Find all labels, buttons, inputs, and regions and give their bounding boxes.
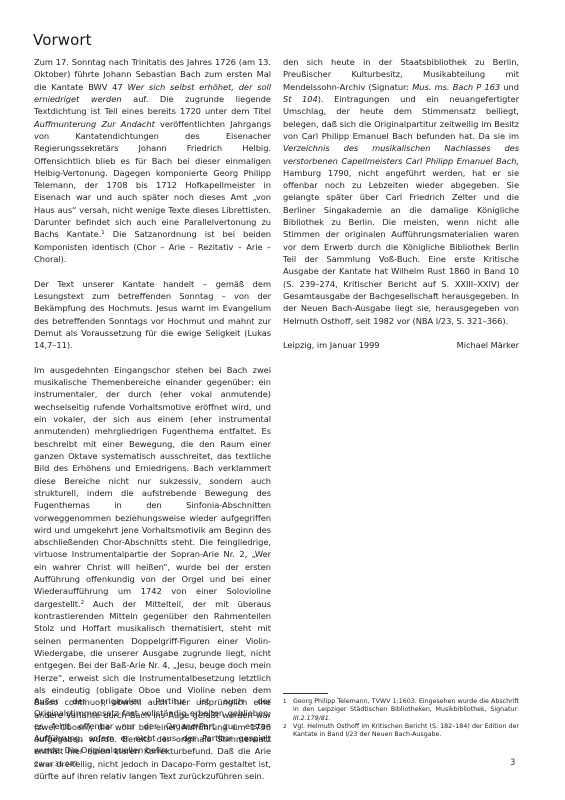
- footnote-1: 1 Georg Philipp Telemann, TVWV 1:1603. E…: [283, 698, 519, 723]
- paragraph-text-theme: Der Text unserer Kantate handelt – gemäß…: [34, 278, 271, 352]
- paragraph-sources: Außer der originalen Partitur ist auch d…: [34, 695, 271, 757]
- signature-line: Leipzig, im Januar 1999 Michael Märker: [283, 339, 519, 351]
- footnote-2: 2 Vgl. Helmuth Osthoff im Kritischen Ber…: [283, 723, 519, 740]
- place-date: Leipzig, im Januar 1999: [283, 339, 380, 351]
- footnote-number: 1: [283, 698, 293, 723]
- paragraph-sources-continued: den sich heute in der Staatsbibliothek z…: [283, 56, 519, 327]
- document-page: Vorwort Zum 17. Sonntag nach Trinitatis …: [0, 0, 565, 800]
- footnotes: 1 Georg Philipp Telemann, TVWV 1:1603. E…: [283, 698, 519, 739]
- page-number: 3: [510, 758, 515, 768]
- publication-title: Auffmunterung Zur Andacht: [34, 119, 155, 129]
- paragraph-intro: Zum 17. Sonntag nach Trinitatis des Jahr…: [34, 56, 271, 265]
- page-title: Vorwort: [33, 31, 92, 49]
- footnote-divider: [283, 693, 328, 694]
- author-name: Michael Märker: [457, 339, 519, 351]
- signature-score: Mus. ms. Bach P 163: [412, 82, 500, 92]
- catalog-title: Verzeichnis des musikalischen Nachlasses…: [283, 143, 519, 165]
- footnote-number: 2: [283, 723, 293, 740]
- footnote-text: Vgl. Helmuth Osthoff im Kritischen Beric…: [293, 723, 519, 740]
- footnote-text: Georg Philipp Telemann, TVWV 1:1603. Ein…: [293, 698, 519, 723]
- signature-parts: St 104: [283, 94, 318, 104]
- publisher-reference: Carus 31.047: [34, 760, 78, 768]
- right-column: den sich heute in der Staatsbibliothek z…: [283, 56, 519, 351]
- left-column: Zum 17. Sonntag nach Trinitatis des Jahr…: [34, 56, 271, 795]
